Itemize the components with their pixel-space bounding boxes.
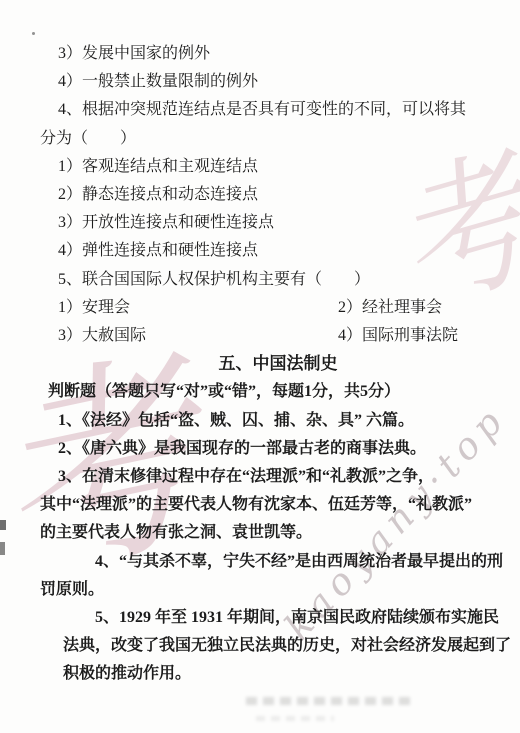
judgement-item: 2、《唐六典》是我国现存的一部最古老的商事法典。 <box>40 435 480 463</box>
option-line: 1）客观连结点和主观连结点 <box>40 153 480 181</box>
scan-speck <box>32 32 35 35</box>
judgement-item: 5、1929 年至 1931 年期间，南京国民政府陆续颁布实施民 <box>40 604 480 632</box>
judgement-item: 1、《法经》包括“盗、贼、囚、捕、杂、具” 六篇。 <box>40 407 480 435</box>
section-heading: 五、中国法制史 <box>58 350 498 378</box>
option-line: 3）发展中国家的例外 <box>40 40 480 68</box>
question-5-stem: 5、联合国国际人权保护机构主要有（ ） <box>40 266 480 294</box>
option: 2）经社理事会 <box>320 294 442 322</box>
option-line: 4）弹性连接点和硬性连接点 <box>40 237 480 265</box>
question-4-stem-line2: 分为（ ） <box>40 125 480 153</box>
option: 1）安理会 <box>58 299 130 316</box>
scan-edge-mark <box>0 542 5 555</box>
exam-page: 考 考 kaoyany·top 3）发展中国家的例外 4）一般禁止数量限制的例外… <box>0 0 520 733</box>
judgement-item-continuation: 的主要代表人物有张之洞、袁世凯等。 <box>40 519 480 547</box>
scan-smudge <box>256 716 334 721</box>
document-body: 3）发展中国家的例外 4）一般禁止数量限制的例外 4、根据冲突规范连结点是否具有… <box>40 0 480 689</box>
options-row: 3）大赦国际 4）国际刑事法院 <box>40 322 480 350</box>
judgement-item-continuation: 积极的推动作用。 <box>40 660 480 688</box>
scan-smudge <box>246 697 416 705</box>
judgement-item: 4、“与其杀不辜，宁失不经”是由西周统治者最早提出的刑 <box>40 548 480 576</box>
judgement-item-continuation: 其中“法理派”的主要代表人物有沈家本、伍廷芳等，“礼教派” <box>40 491 480 519</box>
options-row: 1）安理会 2）经社理事会 <box>40 294 480 322</box>
judgement-item-continuation: 罚原则。 <box>40 576 480 604</box>
section-instructions: 判断题（答题只写“对”或“错”，每题1分，共5分） <box>40 378 480 406</box>
option-line: 3）开放性连接点和硬性连接点 <box>40 209 480 237</box>
judgement-item-continuation: 法典，改变了我国无独立民法典的历史，对社会经济发展起到了 <box>40 632 480 660</box>
question-4-stem-line1: 4、根据冲突规范连结点是否具有可变性的不同，可以将其 <box>40 96 480 124</box>
option-line: 4）一般禁止数量限制的例外 <box>40 68 480 96</box>
option-line: 2）静态连接点和动态连接点 <box>40 181 480 209</box>
judgement-item: 3、在清末修律过程中存在“法理派”和“礼教派”之争， <box>40 463 480 491</box>
option: 4）国际刑事法院 <box>320 322 458 350</box>
scan-edge-mark <box>0 520 6 530</box>
option: 3）大赦国际 <box>58 327 146 344</box>
